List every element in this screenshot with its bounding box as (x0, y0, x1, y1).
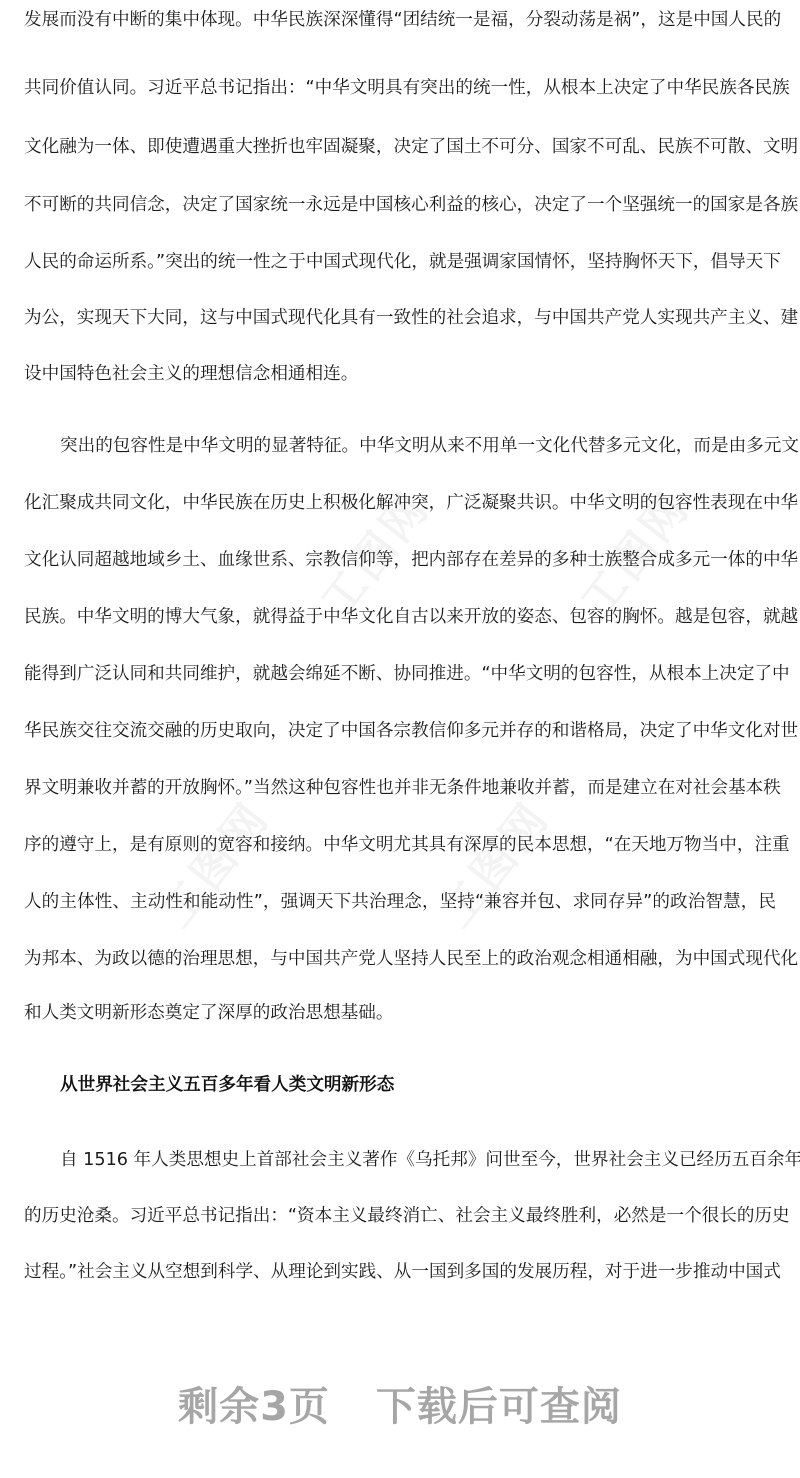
section-heading: 从世界社会主义五百多年看人类文明新形态 (60, 1072, 394, 1098)
watermark: 工图网 (142, 786, 281, 939)
text-line: 文化融为一体、即使遭遇重大挫折也牢固凝聚，决定了国土不可分、国家不可乱、民族不可… (24, 134, 776, 160)
text-line: 共同价值认同。习近平总书记指出：“中华文明具有突出的统一性，从根本上决定了中华民… (24, 75, 776, 101)
text-line: 能得到广泛认同和共同维护，就越会绵延不断、协同推进。“中华文明的包容性，从根本上… (24, 661, 776, 687)
text-line: 突出的包容性是中华文明的显著特征。中华文明从来不用单一文化代替多元文化，而是由多… (60, 433, 776, 459)
text-line: 过程。”社会主义从空想到科学、从理论到实践、从一国到多国的发展历程，对于进一步推… (24, 1259, 776, 1285)
text-line: 不可断的共同信念，决定了国家统一永远是中国核心利益的核心，决定了一个坚强统一的国… (24, 192, 776, 218)
text-line: 的历史沧桑。习近平总书记指出：“资本主义最终消亡、社会主义最终胜利，必然是一个很… (24, 1203, 776, 1229)
text-line: 华民族交往交流交融的历史取向，决定了中国各宗教信仰多元并存的和谐格局，决定了中华… (24, 718, 776, 744)
remaining-pages-label: 剩余3页 (178, 1375, 330, 1432)
text-line: 文化认同超越地域乡土、血缘世系、宗教信仰等，把内部存在差异的多种士族整合成多元一… (24, 547, 776, 573)
text-line: 序的遵守上，是有原则的宽容和接纳。中华文明尤其具有深厚的民本思想，“在天地万物当… (24, 832, 776, 858)
text-line: 为公，实现天下大同，这与中国式现代化具有一致性的社会追求，与中国共产党人实现共产… (24, 305, 776, 331)
text-line: 界文明兼收并蓄的开放胸怀。”当然这种包容性也并非无条件地兼收并蓄，而是建立在对社… (24, 775, 776, 801)
text-line: 自 1516 年人类思想史上首部社会主义著作《乌托邦》问世至今，世界社会主义已经… (60, 1147, 776, 1173)
text-line: 为邦本、为政以德的治理思想，与中国共产党人坚持人民至上的政治观念相通相融，为中国… (24, 946, 776, 972)
download-prompt-banner[interactable]: 剩余3页下载后可查阅 (0, 1375, 800, 1432)
text-line: 人民的命运所系。”突出的统一性之于中国式现代化，就是强调家国情怀，坚持胸怀天下，… (24, 249, 776, 275)
text-line: 设中国特色社会主义的理想信念相通相连。 (24, 361, 776, 387)
text-line: 人的主体性、主动性和能动性”，强调天下共治理念，坚持“兼容并包、求同存异”的政治… (24, 889, 776, 915)
text-line: 民族。中华文明的博大气象，就得益于中华文化自古以来开放的姿态、包容的胸怀。越是包… (24, 604, 776, 630)
download-to-view-label[interactable]: 下载后可查阅 (376, 1375, 622, 1432)
text-line: 发展而没有中断的集中体现。中华民族深深懂得“团结统一是福，分裂动荡是祸”，这是中… (24, 7, 776, 33)
text-line: 化汇聚成共同文化，中华民族在历史上积极化解冲突，广泛凝聚共识。中华文明的包容性表… (24, 490, 776, 516)
document-page: 工图网 工图网 工图网 工图网 发展而没有中断的集中体现。中华民族深深懂得“团结… (0, 0, 800, 1478)
watermark: 工图网 (422, 786, 561, 939)
text-line: 和人类文明新形态奠定了深厚的政治思想基础。 (24, 1000, 776, 1026)
